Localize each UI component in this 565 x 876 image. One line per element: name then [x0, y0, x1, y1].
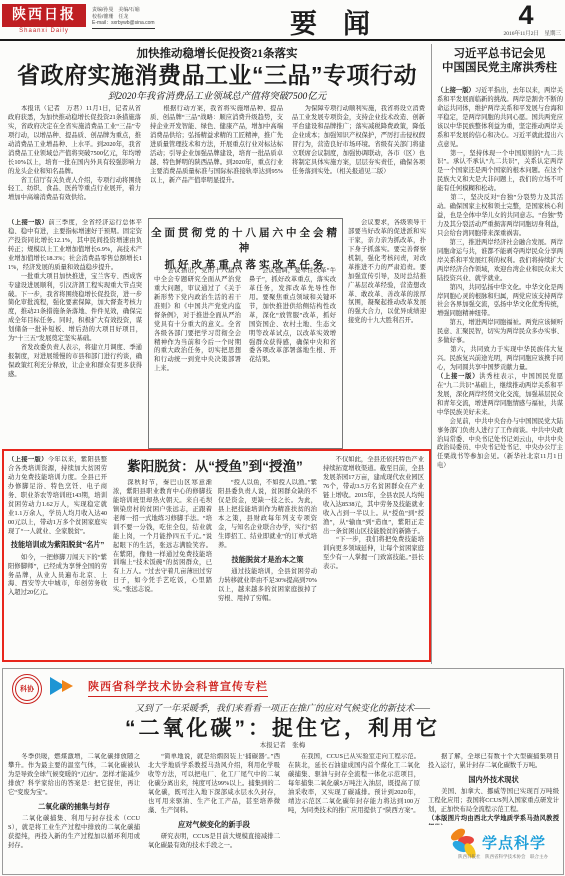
newspaper-page: 陕西日报 Shaanxi Daily 责编/孙曼 美编/石喻 校检/雒珊 任龙 … — [0, 0, 565, 876]
science-c1-text-a: 冬季供暖，燃煤激增，二氧化碳排放随之攀升。作为最主要的温室气体，二氧化碳被认为是… — [8, 753, 140, 796]
ziyang-c3-text-a: “授人以鱼，不如授人以渔。”紫阳县委负责人说，贫困群众缺的不仅是资金，更缺一技之… — [218, 479, 317, 549]
continuation-column: （上接一版）前三季度，全省经济运行总体平稳、稳中有进，主要指标增速好于预期。固定… — [8, 219, 142, 446]
plenum-headline-1: 全面贯彻党的十八届六中全会精神 — [149, 225, 342, 255]
continued-from-p1-label: （上接一版） — [8, 456, 48, 463]
page-number: 4 — [508, 0, 544, 31]
science-column-2: “简单地说，就是给烟囱装上‘捕碳器’。”西北大学地质学系教授马劲风介绍，利用化学… — [148, 753, 280, 869]
column-rule — [431, 44, 432, 664]
lead-column-1: 本报讯（记者 万君）11月1日，记者从省政府获悉，为加快推动稳增长促投资21条措… — [8, 105, 141, 215]
science-photo-credit: （本版图片均由西北大学地质学系马劲风教授提供） — [428, 815, 559, 825]
editor-line-1: 责编/孙曼 美编/石喻 — [92, 7, 222, 14]
science-column-1: 冬季供暖，燃煤激增，二氧化碳排放随之攀升。作为最主要的温室气体，二氧化碳被认为是… — [8, 753, 140, 869]
science-headline: “二氧化碳”：捉住它，利用它 — [20, 712, 545, 742]
editor-line-2: 校检/雒珊 任龙 — [92, 14, 222, 21]
ziyang-subhead-2: 技能脱贫才是治本之策 — [218, 555, 317, 565]
plenum-column-1: 会议指出，党的十八届六中全会专题研究全面从严治党重大问题，审议通过了《关于新形势… — [154, 267, 241, 442]
ziyang-c1-text-b: 如今，一把修脚刀闯天下的“紫阳修脚师”，已经成为享誉全国的劳务品牌，从业人员遍布… — [8, 554, 107, 597]
lead-headline: 省政府实施消费品工业“三品”专项行动 — [8, 57, 426, 90]
plenum-column-2: 会议强调，要牵住改革“牛鼻子”，抓好改革重点，落实改革任务，发挥改革先导性作用。… — [249, 267, 336, 442]
science-c1-text-b: 二氧化碳捕集、利用与封存技术（CCUS），就是将工业生产过程中排放的二氧化碳捕获… — [8, 815, 140, 849]
editor-info: 责编/孙曼 美编/石喻 校检/雒珊 任龙 E-mail：sxrbywb@sina… — [92, 7, 222, 29]
continuation-text: 前三季度，全省经济运行总体平稳、稳中有进，主要指标增速好于预期。固定资产投资同比… — [8, 219, 142, 378]
science-banner: 陕西省科学技术协会科普宣传专栏 — [88, 677, 268, 697]
seal-text: 科协 — [15, 677, 39, 701]
continued-from-p1-label: （上接一版） — [437, 87, 475, 94]
ziyang-c1-text-a: 今年以来，紫阳县整合各类培训资源，持续加大贫困劳动力免费技能培训力度。全县已开办… — [8, 456, 107, 535]
science-subhead-2: 应对气候变化的新手段 — [148, 820, 280, 830]
science-c2-text-b: 研究表明，CCUS是目前大规模直接减排二氧化碳最有效的技术手段之一。 — [148, 833, 280, 849]
science-byline: 本报记者 张梅 — [20, 740, 545, 749]
section-title: 要闻 — [255, 2, 405, 41]
masthead-logo: 陕西日报 — [2, 4, 86, 27]
banner-arrow-orange-icon — [62, 680, 73, 692]
logo-subtitle: 陕西日报社 陕西省科学技术协会 联合主办 — [458, 854, 560, 860]
science-banner-title: 陕西省科学技术协会科普宣传专栏 — [88, 678, 268, 697]
ziyang-c3-text-b: 通过技能培训，全县贫困劳动力转移就业率由不足30%提高到70%以上，越来越多的贫… — [218, 568, 317, 602]
ziyang-headline: 紫阳脱贫：从“授鱼”到“授渔” — [112, 455, 318, 475]
lead-column-2: 根据行动方案，我省将实施增品种、提品质、创品牌“三品”战略：顺应消费升级趋势，支… — [150, 105, 283, 215]
editor-email: E-mail：sxrbywb@sina.com — [92, 20, 155, 29]
xi-article-column: （上接一版）习近平指出，去年以来，两岸关系和平发展面临新的挑战。两岸是割舍不断的… — [437, 78, 563, 662]
xuedian-kexue-logo: 学点科学 陕西日报社 陕西省科学技术协会 联合主办 — [448, 828, 560, 870]
ziyang-column-2: 深秋时节，秦巴山区寒意渐浓，紫阳县职业教育中心的修脚技能培训班里却热火朝天。来自… — [113, 479, 212, 654]
science-subhead-1: 二氧化碳的捕集与封存 — [8, 802, 140, 812]
masthead-english: Shaanxi Daily — [2, 28, 86, 34]
ziyang-column-4: 不仅如此，全县还依托特色产业持续拓宽增收渠道。截至目前，全县发展茶园17万亩，建… — [323, 456, 424, 654]
side-column: 会议要求，各级领导干部要当好改革的促进派和实干家，亲力亲为抓改革，扑下身子抓落实… — [348, 219, 426, 446]
lead-subheadline: 到2020年我省消费品工业领域总产值将突破7500亿元 — [8, 88, 426, 102]
ziyang-column-1: （上接一版）今年以来，紫阳县整合各类培训资源，持续加大贫困劳动力免费技能培训力度… — [8, 456, 107, 654]
science-column-3: 在我国，CCUS已从实验室走向工程示范。在陕北，延长石油建成国内首个煤化工二氧化… — [288, 753, 420, 869]
xi-text-1: 习近平指出，去年以来，两岸关系和平发展面临新的挑战。两岸是割舍不断的命运共同体，… — [437, 87, 563, 371]
continued-from-p1-label-2: （上接一版） — [437, 373, 479, 380]
plenum-article-box: 全面贯彻党的十八届六中全会精神 抓好改革重点落实改革任务 会议指出，党的十八届六… — [148, 218, 343, 449]
science-c4-text-b: 美国、加拿大、挪威等国已实现百万吨级工程化应用；我国将CCUS列入国家重点研发计… — [428, 788, 559, 813]
logo-title: 学点科学 — [482, 832, 546, 853]
ziyang-subhead-1: 技能培训成为紫阳脱贫“名片” — [8, 540, 107, 550]
science-subhead-3: 国内外技术现状 — [428, 775, 559, 785]
continued-from-p1-label: （上接一版） — [8, 219, 48, 226]
science-c4-text-a: 据了解，全球已有数十个大型碳捕集项目投入运行，累计封存二氧化碳数千万吨。 — [428, 753, 559, 769]
xi-headline-2: 中国国民党主席洪秀柱 — [436, 59, 563, 75]
ziyang-column-3: “授人以鱼，不如授人以渔。”紫阳县委负责人说，贫困群众缺的不仅是资金，更缺一技之… — [218, 479, 317, 654]
science-association-seal-icon: 科协 — [12, 674, 42, 704]
page-date: 2016年11月2日 星期三 — [441, 29, 561, 37]
science-c2-text-a: “简单地说，就是给烟囱装上‘捕碳器’。”西北大学地质学系教授马劲风介绍，利用化学… — [148, 753, 280, 814]
science-column-4: 据了解，全球已有数十个大型碳捕集项目投入运行，累计封存二氧化碳数千万吨。国内外技… — [428, 753, 559, 825]
header-rule — [0, 39, 565, 41]
xi-text-2: 洪秀柱表示，中国国民党愿在“九二共识”基础上，继续推动两岸关系和平发展，深化两岸… — [437, 373, 563, 469]
lead-column-3: 为保障专项行动顺利实施，我省将设立消费品工业发展专项资金，支持企业技术改造、创新… — [292, 105, 425, 215]
